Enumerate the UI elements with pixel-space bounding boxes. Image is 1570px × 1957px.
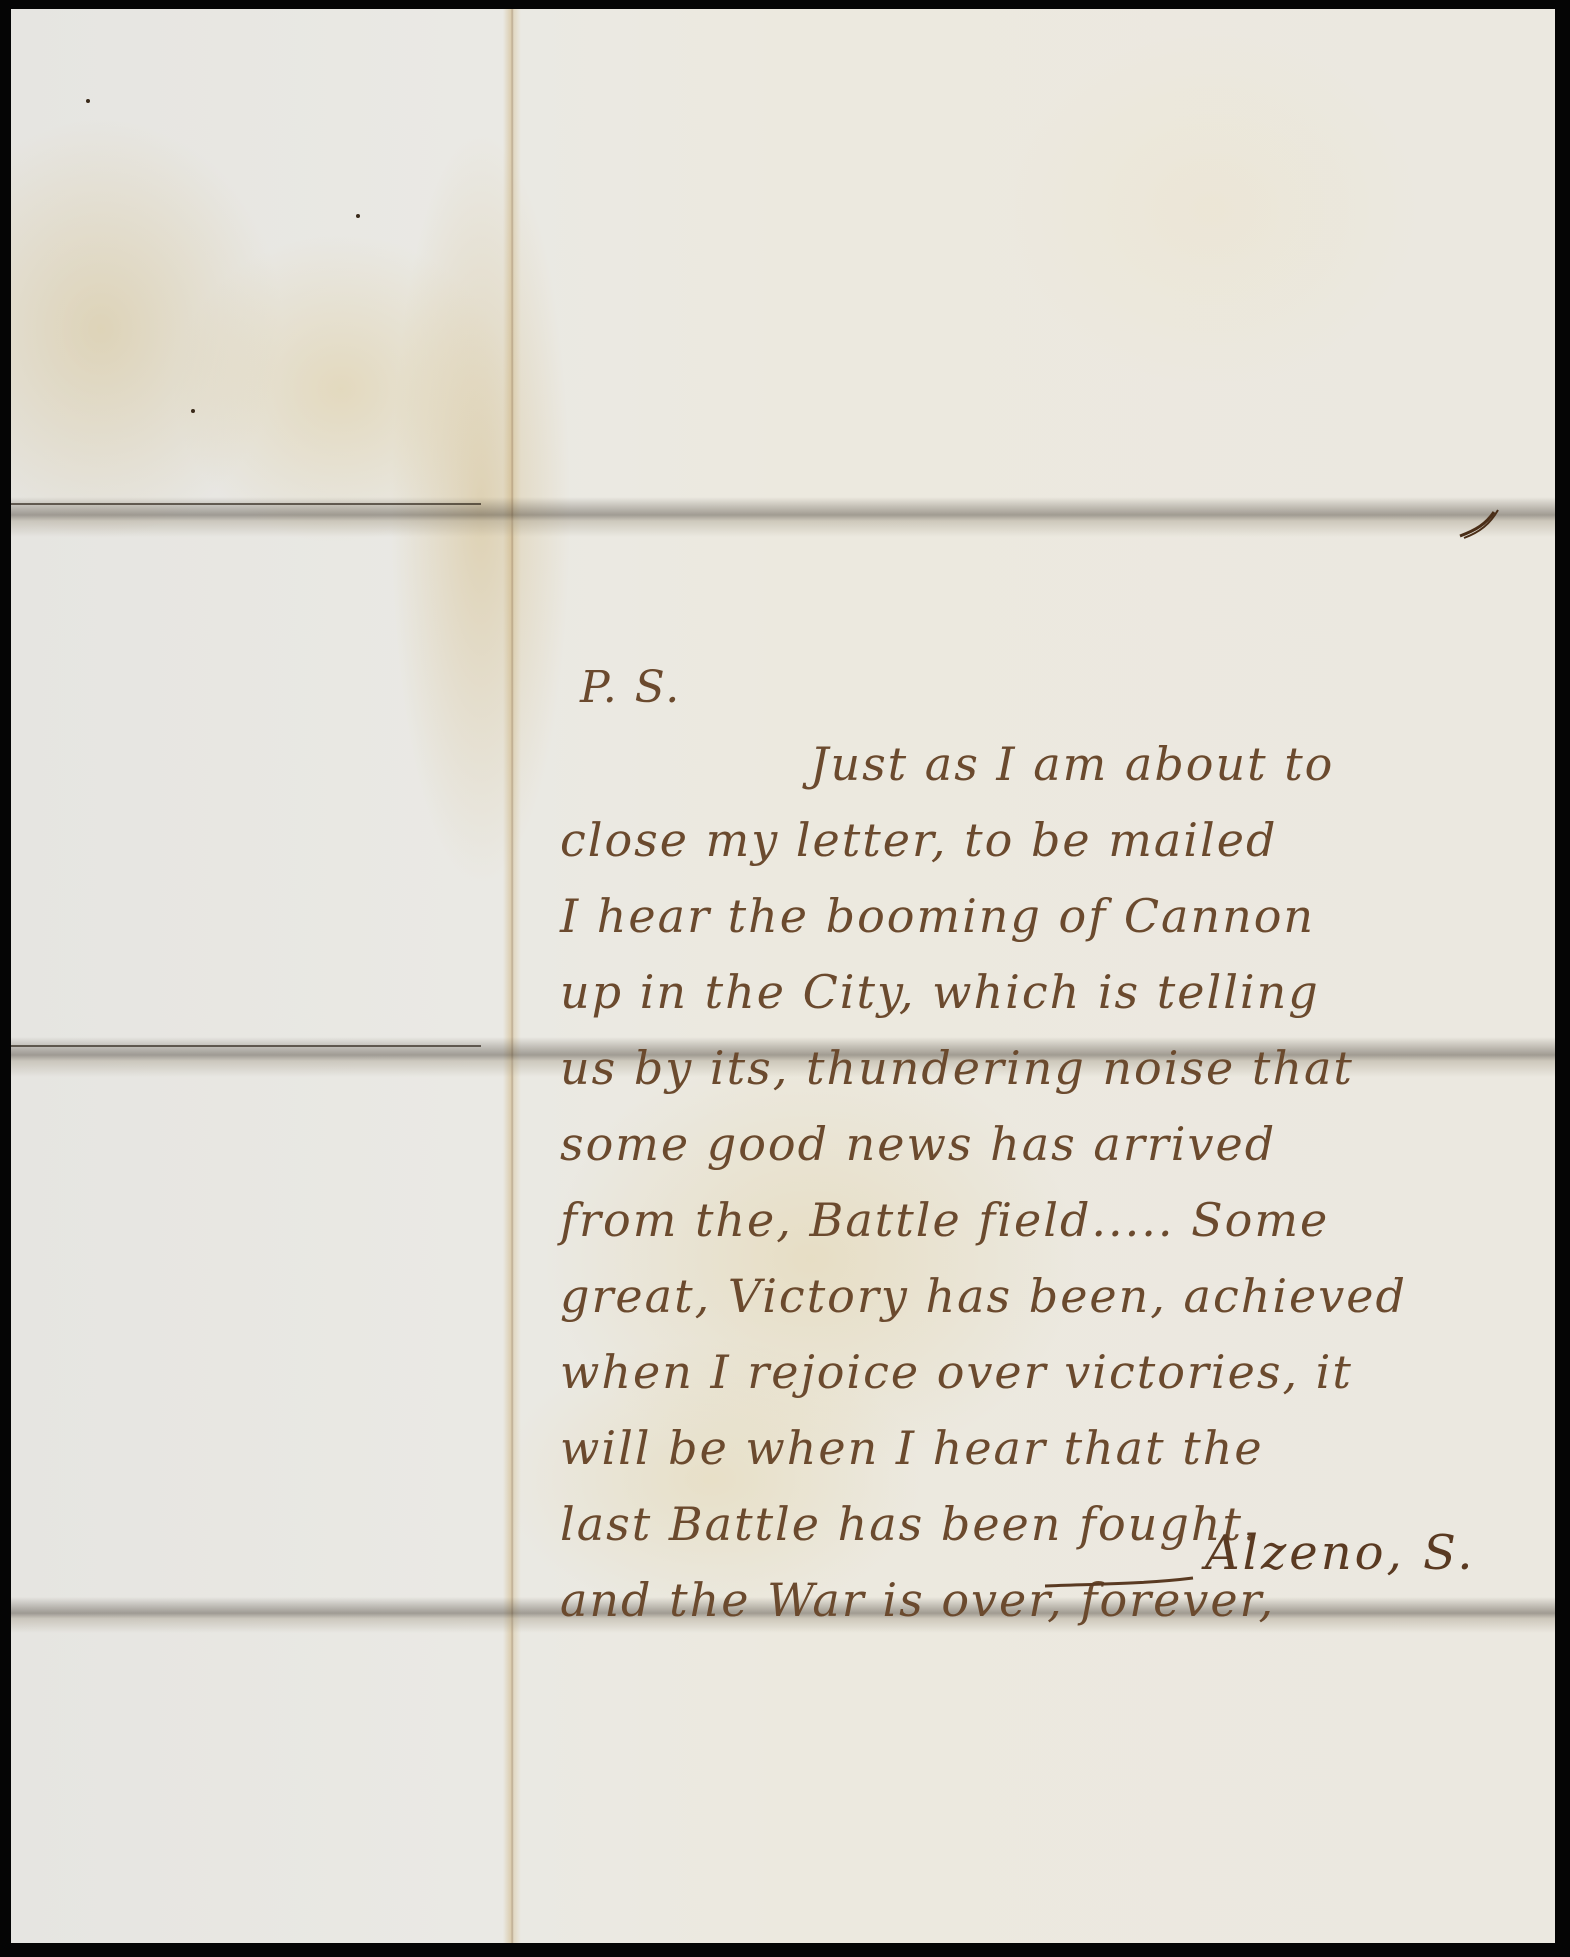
signature: Alzeno, S. xyxy=(1205,1525,1475,1581)
letter-line: from the, Battle field..... Some xyxy=(560,1182,1540,1258)
letter-line: will be when I hear that the xyxy=(560,1410,1540,1486)
letter-line: when I rejoice over victories, it xyxy=(560,1334,1540,1410)
ink-speck xyxy=(356,214,360,218)
letter-line: up in the City, which is telling xyxy=(560,954,1540,1030)
signature-flourish-icon xyxy=(1045,1576,1195,1590)
letter-line: I hear the booming of Cannon xyxy=(560,878,1540,954)
paper-tear-line xyxy=(11,503,481,505)
letter-line: some good news has arrived xyxy=(560,1106,1540,1182)
letter-line: us by its, thundering noise that xyxy=(560,1030,1540,1106)
ink-speck xyxy=(86,99,90,103)
vertical-fold-crease xyxy=(503,9,521,1943)
letter-line: great, Victory has been, achieved xyxy=(560,1258,1540,1334)
letter-body: P. S. Just as I am about to close my let… xyxy=(560,650,1540,1638)
paper-tear-line xyxy=(11,1045,481,1047)
postscript-heading: P. S. xyxy=(560,650,1540,726)
ink-mark-icon xyxy=(1458,508,1508,548)
letter-line: Just as I am about to xyxy=(560,726,1540,802)
ink-speck xyxy=(191,409,195,413)
letter-line: close my letter, to be mailed xyxy=(560,802,1540,878)
